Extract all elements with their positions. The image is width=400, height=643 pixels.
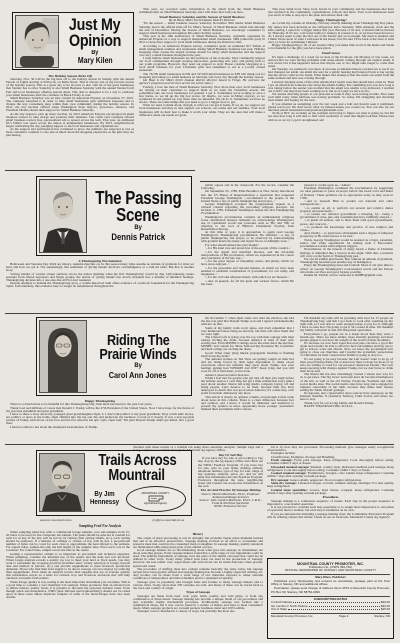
paragraph: I truly believe small businesses are the…	[139, 57, 265, 72]
subscription-rates: In North Dakota$40.00Six months in North…	[271, 601, 390, 612]
paragraph: This year, think local. Shop local. Inve…	[268, 8, 394, 17]
subscription-rate-row: Out of State$45.00	[271, 608, 390, 612]
opinion-column-2: This year, we received some information …	[139, 8, 265, 178]
section-title-line: Prairie Winds	[99, 348, 176, 362]
paragraph: Sausages are made from beef, veal, pork,…	[133, 595, 263, 610]
footer-right: Stanley, ND	[374, 615, 390, 619]
paragraph: If you are interested in attending a sau…	[267, 513, 394, 519]
author-name: Dennis Patrick	[111, 233, 165, 242]
section-title-line: Opinion	[69, 33, 121, 49]
paragraph: I have to share a story about my younges…	[6, 413, 194, 425]
section-title-line: Scene	[116, 207, 159, 224]
prairie-column-b: I'm thankful my table will be groaning w…	[300, 317, 393, 441]
paragraph: When sampling baled hay with a commercia…	[6, 531, 130, 552]
paragraph: On November 7, when Opal came over after…	[201, 317, 294, 326]
paragraph: This article is clearly an opinion colum…	[201, 396, 294, 411]
paragraph: Dennis M. Patrick can be contacted at bn…	[300, 274, 393, 277]
passing-column-a: public square and in the classroom. For …	[201, 184, 294, 311]
paragraph: As I write my column on Monday, I'm busy…	[268, 22, 394, 43]
paragraph: Sausages can be classified in a variety …	[133, 610, 263, 613]
trails-column-2-narrow-wrap: Buy Or Sell HayIf you have hay for sale …	[198, 454, 263, 532]
paragraph: The liberal left has also unwittingly cr…	[300, 373, 393, 391]
paragraph: Techs at RTC are working on the problem …	[268, 112, 394, 121]
dennis-patrick-photo-icon	[39, 179, 87, 253]
paragraph: If you have hay for sale or are looking …	[198, 457, 263, 487]
paragraph: I'm thankful my table will be groaning w…	[300, 317, 393, 332]
opinion-column-3: This year, think local. Shop local. Inve…	[268, 8, 394, 178]
riding-the-prairie-winds-title-block: Riding The Prairie Winds By Carol Ann Jo…	[87, 320, 189, 393]
just-my-opinion-title-block: Just My Opinion By Mary Kilen	[59, 15, 131, 67]
paragraph: According to an American Express survey,…	[139, 45, 265, 57]
newspaper-page: Just My Opinion By Mary Kilen The Holida…	[0, 0, 400, 643]
riding-the-prairie-winds-header: Riding The Prairie Winds By Carol Ann Jo…	[36, 317, 192, 396]
paragraph: I had not talked to her about the attemp…	[6, 426, 194, 429]
prairie-intro-text: Happy ThanksgivingThere is so much more …	[6, 398, 194, 442]
paragraph: It's because we now have hope that every…	[300, 342, 393, 357]
footer-left: Mountrail County Promoter, Inc.	[271, 615, 313, 619]
masthead-box: MOUNTRAIL COUNTY PROMOTER, INC. Publicat…	[267, 558, 394, 639]
paragraph: I started checking some of the other ema…	[268, 81, 394, 93]
website-text: www.co.mountrail.nd.us	[40, 518, 72, 522]
official-newspaper-line: OFFICIAL NEWSPAPER OF STANLEY AND MOUNTR…	[271, 569, 390, 573]
paragraph: The procedure of stuffing meat into casi…	[133, 568, 263, 580]
opinion-column-1: The Holiday Season Kicks OffSaturday, No…	[6, 73, 134, 169]
paragraph: It's been a challenge of a week for us h…	[268, 56, 394, 68]
paragraph: Good sausage makers are as discriminatin…	[133, 549, 263, 567]
paragraph: When forage quality is low, testing is t…	[6, 581, 130, 599]
paragraph: Happy Thanksgiving to all of our readers…	[268, 44, 394, 50]
author-name: By Jim Hennessy	[90, 491, 119, 506]
paragraph: Sausage grew in popularity and brought f…	[133, 581, 263, 590]
footer-page-number: Page 2	[339, 615, 349, 619]
the-passing-scene-header: The Passing Scene By Dennis Patrick	[36, 176, 192, 256]
the-passing-scene-title-block: The Passing Scene By Dennis Patrick	[87, 179, 189, 253]
section-divider	[5, 313, 394, 314]
paragraph: As the support and participation has con…	[6, 128, 134, 137]
author-name: Carol Ann Jones	[109, 371, 167, 380]
trails-column-3: ful is by how they are processed. Proces…	[267, 446, 394, 556]
paragraph: Despite attempts to debunk the Thanksgiv…	[6, 282, 194, 288]
author-name: Mary Kilen	[78, 57, 113, 65]
postmaster-note: Postmaster: please send change of addres…	[271, 587, 390, 594]
prairie-column-a: On November 7, when Opal came over after…	[201, 317, 294, 441]
carol-ann-jones-photo-icon	[39, 320, 87, 393]
paragraph: This year, we received some information …	[139, 8, 265, 14]
source-line: NDSU Extension Service	[198, 505, 263, 508]
paragraph: The deluded women on The View are gettin…	[201, 358, 294, 373]
paragraph: It's not going to be easy because the Le…	[300, 358, 393, 373]
paragraph: Getting a representative sample is as im…	[6, 553, 130, 580]
mary-kilen-photo-icon	[15, 15, 59, 68]
paragraph: At this time of year, it is appropriate …	[201, 231, 294, 243]
section-divider	[5, 170, 195, 171]
paragraph: This year is the 10th anniversary of Sma…	[139, 35, 265, 44]
paragraph: '...and, in general, for all the great a…	[201, 280, 294, 286]
jim-hennessy-photo-icon	[39, 453, 85, 512]
trails-column-2-rest: HistoryThe origin of meat processing is …	[133, 533, 263, 613]
paragraph: On Tuesday, we realized it was more of a…	[268, 68, 394, 80]
passing-intro-text: A Thanksgiving ProclamationHalloween and…	[6, 258, 194, 311]
paragraph: Small Business Saturday was an idea crea…	[6, 97, 134, 112]
trails-column-1: When sampling baled hay with a commercia…	[6, 531, 130, 640]
paragraph: Washington's proclamation contains an un…	[201, 216, 294, 231]
paragraph: In response, new conservative news sourc…	[300, 392, 393, 401]
trails-column-2: checked with these results of a reliable…	[133, 446, 263, 642]
paragraph: 'Tis the season ... small business seaso…	[139, 22, 265, 34]
paragraph: George Washington accepted the congressi…	[201, 203, 294, 215]
paragraph: Saturday, Nov. 30 will be the big kick o…	[6, 78, 134, 96]
paragraph: While I feel bad for people who get laid…	[201, 377, 294, 395]
paragraph: What we need to think about, though, is …	[139, 104, 265, 116]
masthead-footer-row: Mountrail County Promoter, Inc. Page 2 S…	[271, 615, 390, 619]
passing-column-b: pleased to confer upon us...' Amen!Presi…	[300, 184, 393, 311]
paragraph: On September 25, 1789, Elias Boudinot of…	[201, 190, 294, 202]
paragraph: HAPPY THANKSGIVING TO ALL.	[300, 405, 393, 408]
paragraph: As the day began to pick up more tractio…	[6, 113, 134, 128]
paragraph: checked with these results of a reliable…	[133, 446, 263, 452]
paragraph: The origin of meat processing is lost in…	[133, 537, 263, 549]
paragraph: Cooked meat specialties: Loaves, head ch…	[267, 489, 394, 495]
section-divider	[5, 444, 394, 445]
paragraph: The Liberal Left is going over the top w…	[201, 336, 294, 351]
just-my-opinion-header: Just My Opinion By Mary Kilen	[12, 12, 134, 70]
section-divider	[200, 181, 394, 182]
paragraph: Frankly, I love the idea of Small Busine…	[139, 86, 265, 104]
paragraph: President Washington continued his procl…	[300, 187, 393, 199]
